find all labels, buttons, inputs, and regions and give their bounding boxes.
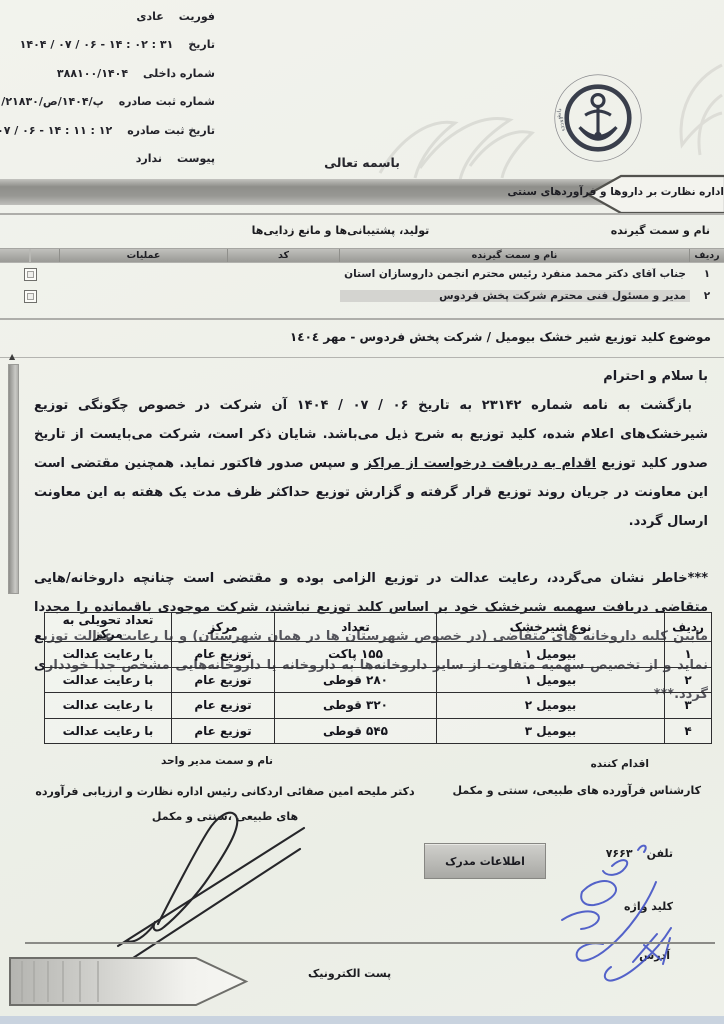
recipient-row-number: ۲ xyxy=(690,290,724,302)
meta-row-date: تاریخ ۱۴۰۴ / ۰۷ / ۰۶ - ۱۴ : ۰۲ : ۳۱ xyxy=(0,31,215,60)
meta-label: تاریخ xyxy=(188,38,215,51)
col-header-milk-type: نوع شیرخشک xyxy=(437,613,665,642)
row-print-icon[interactable] xyxy=(24,268,37,281)
email-banner-shape xyxy=(8,956,250,1007)
cell-milk-type: بیومیل ۱ xyxy=(437,642,665,668)
col-header-operations: عملیات xyxy=(60,249,228,262)
meta-label: شماره داخلی xyxy=(143,67,215,80)
scan-bottom-edge xyxy=(0,1016,724,1024)
cell-delivered: با رعایت عدالت xyxy=(45,642,172,668)
meta-value: ۱۴۰۴ / ۰۷ / ۰۶ - ۱۴ : ۰۲ : ۳۱ xyxy=(20,38,174,51)
row-print-icon[interactable] xyxy=(24,290,37,303)
besmele-text: باسمه تعالی xyxy=(0,155,724,170)
actor-label: اقدام کننده xyxy=(591,758,649,770)
col-header-actions xyxy=(0,249,60,262)
col-header-row-number: ردیف xyxy=(690,249,724,262)
col-header-quantity: تعداد xyxy=(275,613,437,642)
recipient-name: جناب آقای دکتر محمد منفرد رئیس محترم انج… xyxy=(340,268,690,280)
cell-quantity: ۳۲۰ قوطی xyxy=(275,693,437,719)
cell-quantity: ۱۵۵ پاکت xyxy=(275,642,437,668)
divider xyxy=(0,318,724,320)
distribution-table-header-row: ردیف نوع شیرخشک تعداد مرکز تعداد تحویلی … xyxy=(45,613,712,642)
production-support-label: تولید، پشتیبانی‌ها و مانع زدایی‌ها xyxy=(248,224,433,237)
watermark-ornament xyxy=(360,78,540,188)
table-row: ۳ بیومیل ۲ ۳۲۰ قوطی توزیع عام با رعایت ع… xyxy=(45,693,712,719)
cell-milk-type: بیومیل ۱ xyxy=(437,667,665,693)
meta-row-issue-number: شماره ثبت صادره ۹/۳۱۱/۲۱۸۳۰/پ/۱۴۰۴/ص xyxy=(0,88,215,117)
col-header-row: ردیف xyxy=(665,613,712,642)
col-header-recipient-name: نام و سمت گیرنده xyxy=(340,249,690,262)
svg-text:دانشگاه علوم پزشکی و خدمات بهد: دانشگاه علوم پزشکی و خدمات بهداشتی درمان… xyxy=(552,72,564,120)
recipient-row-number: ۱ xyxy=(690,268,724,280)
recipients-table: ردیف نام و سمت گیرنده کد عملیات ۱ جناب آ… xyxy=(0,248,724,307)
header-action-icon xyxy=(29,249,31,262)
manager-signature xyxy=(108,800,330,960)
recipient-name: مدیر و مسئول فنی محترم شرکت پخش فردوس xyxy=(340,290,690,302)
divider xyxy=(0,357,724,358)
meta-row-internal-number: شماره داخلی ۳۸۸۱۰۰/۱۴۰۴ xyxy=(0,59,215,88)
col-header-delivered-to-center: تعداد تحویلی به مرکز xyxy=(45,613,172,642)
document-meta-block: فوریت عادی تاریخ ۱۴۰۴ / ۰۷ / ۰۶ - ۱۴ : ۰… xyxy=(0,2,215,173)
subject-line: موضوع کلید توزیع شیر خشک بیومیل / شرکت پ… xyxy=(290,330,711,344)
body-scrollbar[interactable] xyxy=(8,364,19,594)
scroll-up-arrow-icon[interactable]: ▲ xyxy=(9,352,15,361)
document-info-button[interactable]: اطلاعات مدرک xyxy=(424,843,546,879)
meta-value: ۳۸۸۱۰۰/۱۴۰۴ xyxy=(57,67,128,80)
divider xyxy=(0,213,724,215)
col-header-code: کد xyxy=(228,249,340,262)
cell-row-number: ۳ xyxy=(665,693,712,719)
cell-center: توزیع عام xyxy=(172,718,275,744)
meta-value: ۹/۳۱۱/۲۱۸۳۰/پ/۱۴۰۴/ص xyxy=(0,95,104,108)
actor-name: کارشناس فرآورده های طبیعی، سنتی و مکمل xyxy=(453,784,701,797)
emblem-symbol xyxy=(580,95,617,140)
recipient-row: ۲ مدیر و مسئول فنی محترم شرکت پخش فردوس xyxy=(0,285,724,307)
meta-label: فوریت xyxy=(179,10,215,23)
cell-center: توزیع عام xyxy=(172,667,275,693)
cell-milk-type: بیومیل ۳ xyxy=(437,718,665,744)
meta-label: تاریخ ثبت صادره xyxy=(127,124,215,137)
body-paragraph-1: بازگشت به نامه شماره ۲۳۱۴۲ به تاریخ ۰۶ /… xyxy=(34,391,708,536)
meta-label: شماره ثبت صادره xyxy=(119,95,215,108)
meta-row-urgency: فوریت عادی xyxy=(0,2,215,31)
university-logo: دانشگاه علوم پزشکی و خدمات بهداشتی درمان… xyxy=(552,72,644,164)
scanned-letter-page: فوریت عادی تاریخ ۱۴۰۴ / ۰۷ / ۰۶ - ۱۴ : ۰… xyxy=(0,0,724,1024)
svg-text:SHIRAZ UNIVERSITY OF MEDICAL S: SHIRAZ UNIVERSITY OF MEDICAL SCIENCES xyxy=(552,72,567,132)
cell-row-number: ۱ xyxy=(665,642,712,668)
cell-center: توزیع عام xyxy=(172,693,275,719)
footer-divider xyxy=(25,942,715,944)
col-header-center: مرکز xyxy=(172,613,275,642)
cell-quantity: ۵۴۵ قوطی xyxy=(275,718,437,744)
department-banner-label: اداره نظارت بر داروها و فرآوردهای سنتی xyxy=(596,186,724,198)
table-row: ۱ بیومیل ۱ ۱۵۵ پاکت توزیع عام با رعایت ع… xyxy=(45,642,712,668)
distribution-table: ردیف نوع شیرخشک تعداد مرکز تعداد تحویلی … xyxy=(44,612,712,744)
recipients-section-label: نام و سمت گیرنده xyxy=(611,224,710,237)
cell-row-number: ۲ xyxy=(665,667,712,693)
p1-underlined-text: اقدام به دریافت درخواست از مراکز xyxy=(365,456,597,471)
recipient-row: ۱ جناب آقای دکتر محمد منفرد رئیس محترم ا… xyxy=(0,263,724,285)
cell-delivered: با رعایت عدالت xyxy=(45,667,172,693)
salutation: با سلام و احترام xyxy=(34,362,708,391)
handwritten-blue-note xyxy=(538,840,693,995)
cell-delivered: با رعایت عدالت xyxy=(45,718,172,744)
cell-center: توزیع عام xyxy=(172,642,275,668)
cell-quantity: ۲۸۰ قوطی xyxy=(275,667,437,693)
cell-row-number: ۴ xyxy=(665,718,712,744)
meta-value: ۱۴۰۴ / ۰۷ / ۰۶ - ۱۴ : ۱۱ : ۱۲ xyxy=(0,124,112,137)
meta-value: عادی xyxy=(136,10,163,23)
manager-label: نام و سمت مدیر واحد xyxy=(147,755,287,767)
cell-delivered: با رعایت عدالت xyxy=(45,693,172,719)
table-row: ۲ بیومیل ۱ ۲۸۰ قوطی توزیع عام با رعایت ع… xyxy=(45,667,712,693)
meta-row-issue-date: تاریخ ثبت صادره ۱۴۰۴ / ۰۷ / ۰۶ - ۱۴ : ۱۱… xyxy=(0,116,215,145)
cell-milk-type: بیومیل ۲ xyxy=(437,693,665,719)
recipients-table-header: ردیف نام و سمت گیرنده کد عملیات xyxy=(0,248,724,263)
table-row: ۴ بیومیل ۳ ۵۴۵ قوطی توزیع عام با رعایت ع… xyxy=(45,718,712,744)
email-label: پست الکترونیک xyxy=(308,967,391,980)
